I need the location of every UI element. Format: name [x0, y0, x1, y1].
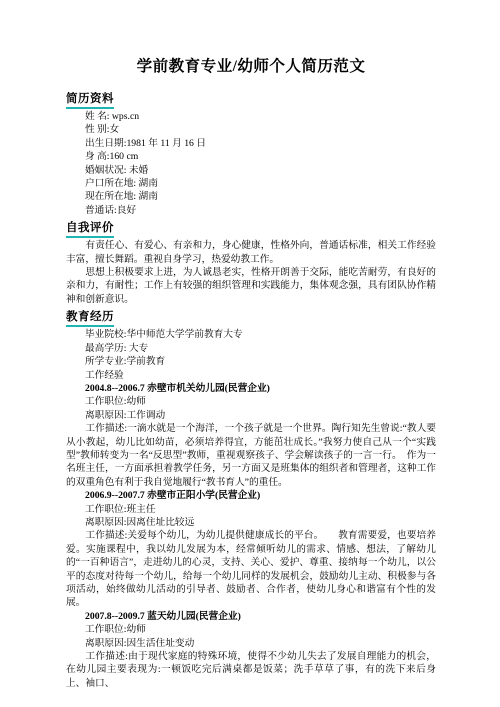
section-heading-education: 教育经历 [66, 309, 114, 327]
job-description: 工作描述:关爱每个幼儿，为幼儿提供健康成长的平台。 教育需要爱，也要培养爱。实施… [66, 529, 436, 609]
job-description: 工作描述:一滴水就是一个海洋，一个孩子就是一个世界。陶行知先生曾说:“教人要从小… [66, 422, 436, 489]
profile-registered-residence-line: 户口所在地: 湖南 [66, 177, 436, 190]
section-heading-profile: 简历资料 [66, 91, 114, 109]
section-profile: 简历资料 姓 名: wps.cn 性 别:女 出生日期:1981 年 11 月 … [66, 90, 436, 217]
work-experience-label: 工作经验 [66, 369, 436, 382]
profile-current-location-line: 现在所在地: 湖南 [66, 190, 436, 203]
section-heading-row: 自我评价 [66, 219, 436, 238]
page-title: 学前教育专业/幼师个人简历范文 [66, 54, 436, 76]
section-heading-row: 教育经历 [66, 308, 436, 327]
section-self-evaluation: 自我评价 有责任心、有爱心、有亲和力，身心健康，性格外向，普通话标准，相关工作经… [66, 219, 436, 306]
self-evaluation-paragraph: 思想上积极要求上进，为人诚恳老实，性格开朗善于交际，能吃苦耐劳，有良好的亲和力，… [66, 266, 436, 306]
profile-name-line: 姓 名: wps.cn [66, 110, 436, 123]
education-degree-line: 最高学历: 大专 [66, 342, 436, 355]
job-position: 工作职位:幼师 [66, 623, 436, 636]
section-education: 教育经历 毕业院校:华中师范大学学前教育大专 最高学历: 大专 所学专业:学前教… [66, 308, 436, 690]
section-heading-self-evaluation: 自我评价 [66, 220, 114, 238]
resume-document-page: 学前教育专业/幼师个人简历范文 简历资料 姓 名: wps.cn 性 别:女 出… [0, 0, 500, 707]
job-period: 2007.8--2009.7 蓝天幼儿园(民营企业) [66, 610, 436, 623]
profile-gender-line: 性 别:女 [66, 123, 436, 136]
profile-mandarin-line: 普通话:良好 [66, 204, 436, 217]
job-position: 工作职位:班主任 [66, 503, 436, 516]
job-period: 2006.9--2007.7 赤壁市正阳小学(民营企业) [66, 489, 436, 502]
job-leave-reason: 离职原因:工作调动 [66, 409, 436, 422]
profile-height-line: 身 高:160 cm [66, 150, 436, 163]
job-period: 2004.8--2006.7 赤壁市机关幼儿园(民营企业) [66, 382, 436, 395]
profile-birthdate-line: 出生日期:1981 年 11 月 16 日 [66, 137, 436, 150]
job-leave-reason: 离职原因:因离住址比较远 [66, 516, 436, 529]
self-evaluation-paragraph: 有责任心、有爱心、有亲和力，身心健康，性格外向，普通话标准，相关工作经验丰富，擅… [66, 239, 436, 266]
section-heading-row: 简历资料 [66, 90, 436, 109]
education-major-line: 所学专业:学前教育 [66, 355, 436, 368]
education-school-line: 毕业院校:华中师范大学学前教育大专 [66, 328, 436, 341]
job-leave-reason: 离职原因:因生活住址变动 [66, 637, 436, 650]
job-description: 工作描述:由于现代家庭的特殊环境，使得不少幼儿失去了发展自理能力的机会，在幼儿园… [66, 650, 436, 690]
profile-marital-line: 婚姻状况: 未婚 [66, 164, 436, 177]
job-position: 工作职位:幼师 [66, 395, 436, 408]
